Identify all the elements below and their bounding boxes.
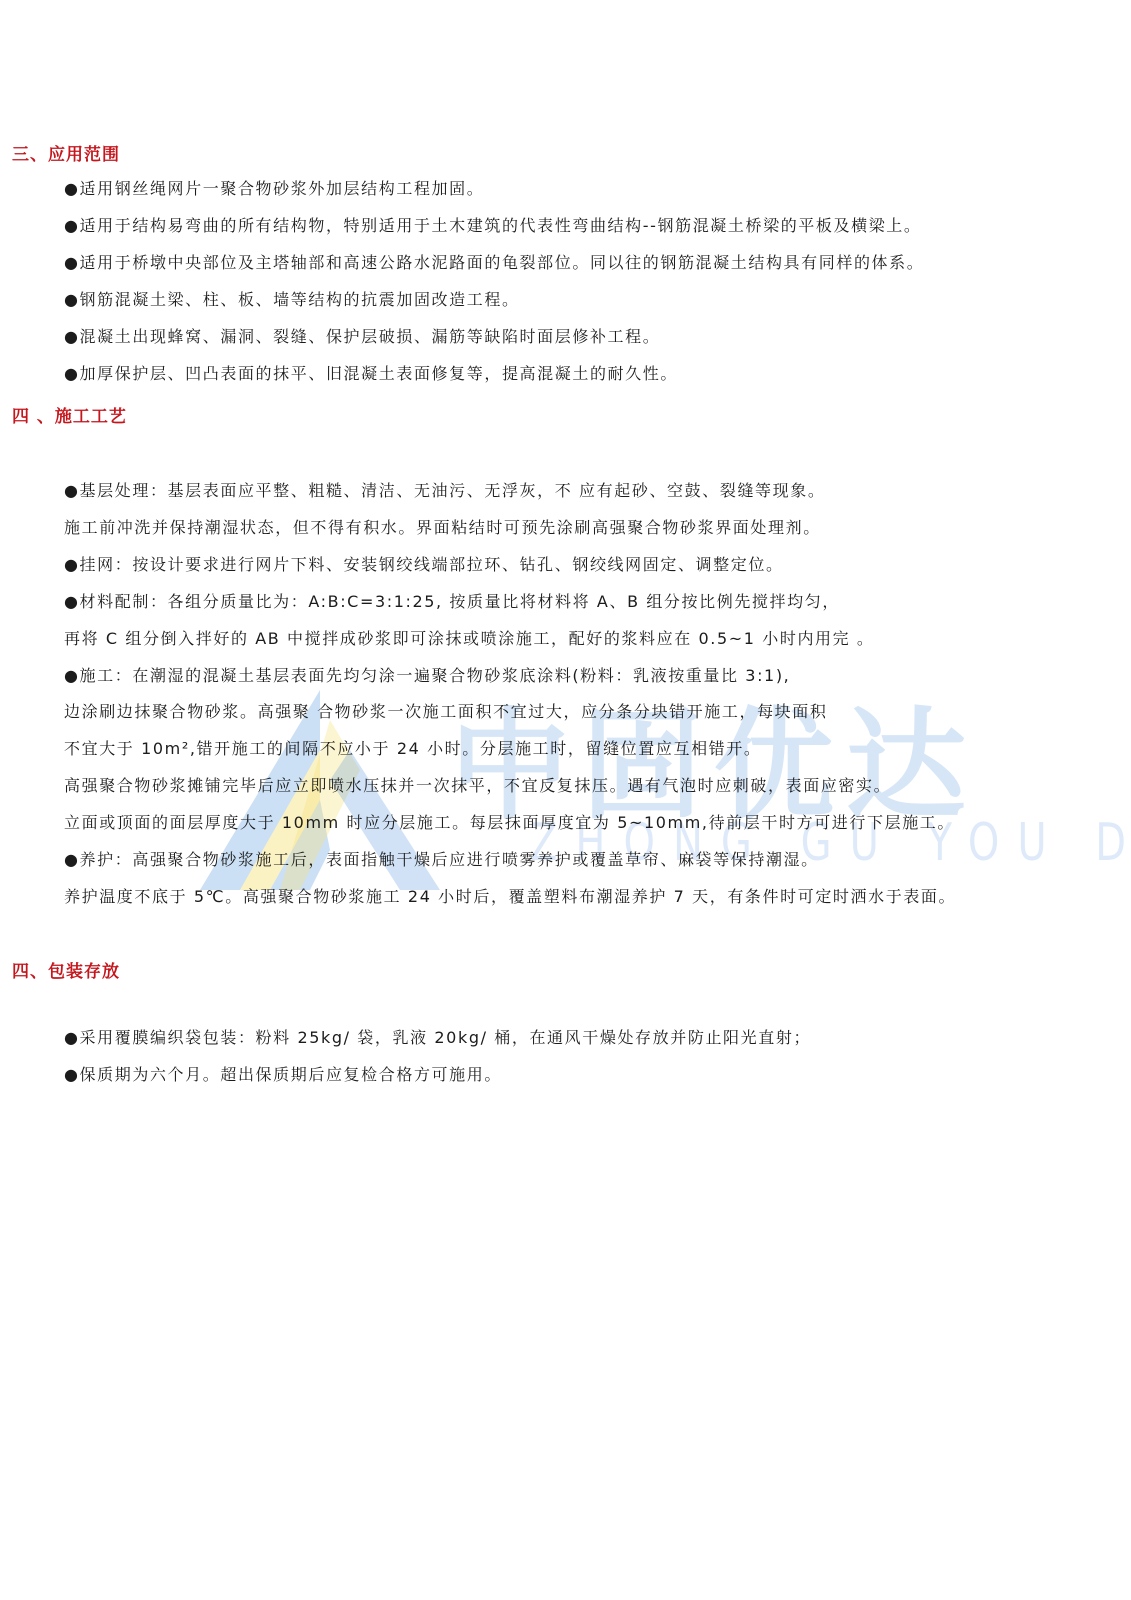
paragraph-line: ●适用于结构易弯曲的所有结构物，特别适用于土木建筑的代表性弯曲结构--钢筋混凝土… xyxy=(64,213,922,236)
paragraph-line: 施工前冲洗并保持潮湿状态，但不得有积水。界面粘结时可预先涂刷高强聚合物砂浆界面处… xyxy=(64,515,821,538)
paragraph-line: ●适用钢丝绳网片一聚合物砂浆外加层结构工程加固。 xyxy=(64,176,484,199)
section-heading: 四 、施工工艺 xyxy=(12,402,127,427)
section-heading: 四、包装存放 xyxy=(12,957,120,982)
paragraph-line: 立面或顶面的面层厚度大于 10mm 时应分层施工。每层抹面厚度宜为 5~10mm… xyxy=(64,810,955,833)
paragraph-line: ●挂网：按设计要求进行网片下料、安装钢绞线端部拉环、钻孔、钢绞线网固定、调整定位… xyxy=(64,552,784,575)
section-heading: 三、应用范围 xyxy=(12,140,120,165)
paragraph-line: ●钢筋混凝土梁、柱、板、墙等结构的抗震加固改造工程。 xyxy=(64,287,520,310)
paragraph-line: 高强聚合物砂浆摊铺完毕后应立即喷水压抹并一次抹平，不宜反复抹压。遇有气泡时应刺破… xyxy=(64,773,891,796)
paragraph-line: 不宜大于 10m²,错开施工的间隔不应小于 24 小时。分层施工时，留缝位置应互… xyxy=(64,736,761,759)
paragraph-line: ●养护：高强聚合物砂浆施工后，表面指触干燥后应进行喷雾养护或覆盖草帘、麻袋等保持… xyxy=(64,847,819,870)
paragraph-line: 再将 C 组分倒入拌好的 AB 中搅拌成砂浆即可涂抹或喷涂施工，配好的浆料应在 … xyxy=(64,626,875,649)
paragraph-line: 养护温度不底于 5℃。高强聚合物砂浆施工 24 小时后，覆盖塑料布潮湿养护 7 … xyxy=(64,884,956,907)
paragraph-line: ●加厚保护层、凹凸表面的抹平、旧混凝土表面修复等，提高混凝土的耐久性。 xyxy=(64,361,678,384)
paragraph-line: ●基层处理：基层表面应平整、粗糙、清洁、无油污、无浮灰，不 应有起砂、空鼓、裂缝… xyxy=(64,478,825,501)
paragraph-line: ●混凝土出现蜂窝、漏洞、裂缝、保护层破损、漏筋等缺陷时面层修补工程。 xyxy=(64,324,660,347)
paragraph-line: 边涂刷边抹聚合物砂浆。高强聚 合物砂浆一次施工面积不宜过大，应分条分块错开施工，… xyxy=(64,699,828,722)
paragraph-line: ●材料配制：各组分质量比为：A:B:C=3:1:25, 按质量比将材料将 A、B… xyxy=(64,589,840,612)
paragraph-line: ●采用覆膜编织袋包装：粉料 25kg/ 袋，乳液 20kg/ 桶，在通风干燥处存… xyxy=(64,1025,811,1048)
paragraph-line: ●施工：在潮湿的混凝土基层表面先均匀涂一遍聚合物砂浆底涂料(粉料：乳液按重量比 … xyxy=(64,663,790,686)
paragraph-line: ●适用于桥墩中央部位及主塔轴部和高速公路水泥路面的龟裂部位。同以往的钢筋混凝土结… xyxy=(64,250,924,273)
paragraph-line: ●保质期为六个月。超出保质期后应复检合格方可施用。 xyxy=(64,1062,502,1085)
